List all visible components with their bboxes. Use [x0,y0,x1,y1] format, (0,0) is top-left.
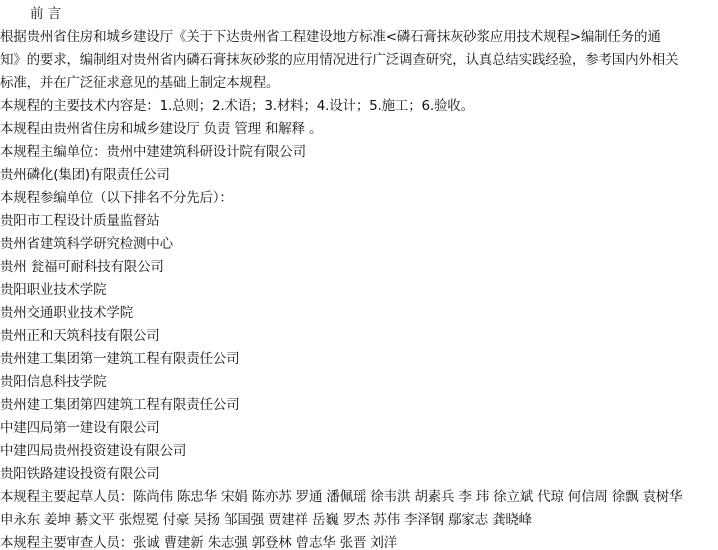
drafters-line-continued: 申永东 姜坤 綦文平 张煜冕 付豪 吴扬 邹国强 贾建祥 岳巍 罗杰 苏伟 李泽… [0,509,718,532]
participant-item: 贵阳市工程设计质量监督站 [0,210,718,233]
chief-editor-second-line: 贵州磷化(集团)有限责任公司 [0,164,718,187]
chief-editor-line: 本规程主编单位：贵州中建建筑科研设计院有限公司 [0,141,718,164]
document-page: 前 言 根据贵州省住房和城乡建设厅《关于下达贵州省工程建设地方标准<磷石膏抹灰砂… [0,0,718,550]
paragraph-line: 知》的要求，编制组对贵州省内磷石膏抹灰砂浆的应用情况进行广泛调查研究，认真总结实… [0,49,718,72]
participants-label: 本规程参编单位（以下排名不分先后）： [0,187,718,210]
participant-item: 贵州正和天筑科技有限公司 [0,325,718,348]
preface-title: 前 言 [30,4,61,24]
main-contents-line: 本规程的主要技术内容是：1.总则；2.术语；3.材料；4.设计；5.施工；6.验… [0,95,718,118]
document-body: 根据贵州省住房和城乡建设厅《关于下达贵州省工程建设地方标准<磷石膏抹灰砂浆应用技… [0,26,718,550]
participant-item: 贵阳信息科技学院 [0,371,718,394]
participant-item: 贵阳职业技术学院 [0,279,718,302]
participant-item: 贵州建工集团第一建筑工程有限责任公司 [0,348,718,371]
paragraph-line: 根据贵州省住房和城乡建设厅《关于下达贵州省工程建设地方标准<磷石膏抹灰砂浆应用技… [0,26,718,49]
management-line: 本规程由贵州省住房和城乡建设厅 负责 管理 和解释 。 [0,118,718,141]
participant-item: 贵州交通职业技术学院 [0,302,718,325]
participant-item: 贵州省建筑科学研究检测中心 [0,233,718,256]
participant-item: 贵州建工集团第四建筑工程有限责任公司 [0,394,718,417]
participant-item: 中建四局第一建设有限公司 [0,417,718,440]
participant-item: 中建四局贵州投资建设有限公司 [0,440,718,463]
participant-item: 贵阳铁路建设投资有限公司 [0,463,718,486]
drafters-line: 本规程主要起草人员：陈尚伟 陈忠华 宋娟 陈亦苏 罗通 潘佩瑶 徐韦洪 胡素兵 … [0,486,718,509]
paragraph-line: 标准，并在广泛征求意见的基础上制定本规程。 [0,72,718,95]
participant-item: 贵州 瓮福可耐科技有限公司 [0,256,718,279]
reviewers-line: 本规程主要审查人员：张诚 曹建新 朱志强 郭登林 曾志华 张晋 刘洋 [0,532,718,550]
